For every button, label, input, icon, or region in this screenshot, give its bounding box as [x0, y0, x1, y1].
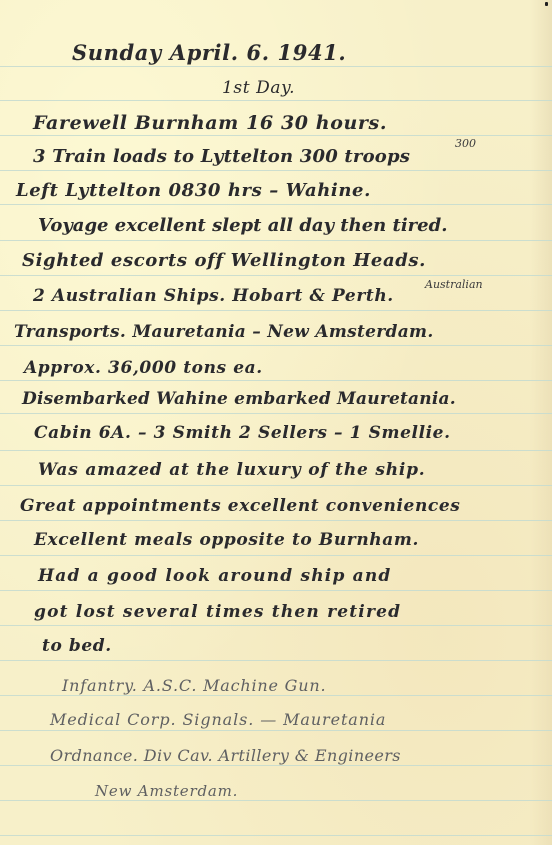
diary-page: Sunday April. 6. 1941. 1st Day. Farewell… [0, 0, 552, 845]
entry-line: Left Lyttelton 0830 hrs – Wahine. [16, 180, 371, 201]
entry-line: Had a good look around ship and [38, 566, 392, 586]
ruled-line [0, 204, 552, 205]
ruled-line [0, 800, 552, 801]
ruled-line [0, 765, 552, 766]
ruled-line [0, 413, 552, 414]
ruled-line [0, 590, 552, 591]
ruled-line [0, 66, 552, 67]
superscript-note: Australian [425, 278, 483, 291]
pencil-note-line: New Amsterdam. [95, 782, 238, 800]
ruled-line [0, 520, 552, 521]
entry-line: Great appointments excellent convenience… [20, 496, 460, 516]
ruled-line [0, 345, 552, 346]
pencil-note-line: Infantry. A.S.C. Machine Gun. [62, 676, 326, 695]
ruled-line [0, 730, 552, 731]
ruled-line [0, 660, 552, 661]
entry-line: Farewell Burnham 16 30 hours. [33, 112, 387, 134]
entry-line: Sighted escorts off Wellington Heads. [22, 250, 426, 271]
ruled-line [0, 835, 552, 836]
ruled-line [0, 695, 552, 696]
ink-mark [545, 2, 548, 6]
entry-line: Disembarked Wahine embarked Mauretania. [22, 389, 456, 409]
ruled-line [0, 555, 552, 556]
ruled-line [0, 485, 552, 486]
entry-line: Excellent meals opposite to Burnham. [34, 530, 419, 550]
entry-line: 2 Australian Ships. Hobart & Perth. [33, 286, 394, 306]
entry-line: got lost several times then retired [34, 602, 401, 622]
ruled-line [0, 100, 552, 101]
entry-line: 3 Train loads to Lyttelton 300 troops [33, 146, 410, 167]
ruled-line [0, 450, 552, 451]
entry-line: Voyage excellent slept all day then tire… [38, 215, 447, 236]
entry-date: Sunday April. 6. 1941. [72, 40, 346, 65]
entry-line: Approx. 36,000 tons ea. [24, 358, 263, 378]
entry-line: Was amazed at the luxury of the ship. [38, 460, 426, 480]
ruled-line [0, 170, 552, 171]
ruled-line [0, 625, 552, 626]
entry-line: Transports. Mauretania – New Amsterdam. [14, 322, 434, 342]
superscript-note: 300 [455, 137, 476, 150]
pencil-note-line: Ordnance. Div Cav. Artillery & Engineers [50, 746, 401, 765]
ruled-line [0, 275, 552, 276]
entry-line: to bed. [42, 636, 112, 656]
entry-line: Cabin 6A. – 3 Smith 2 Sellers – 1 Smelli… [34, 423, 451, 443]
entry-day: 1st Day. [222, 78, 295, 98]
pencil-note-line: Medical Corp. Signals. — Mauretania [50, 710, 386, 729]
ruled-line [0, 310, 552, 311]
ruled-line [0, 240, 552, 241]
ruled-line [0, 380, 552, 381]
ruled-line [0, 135, 552, 136]
